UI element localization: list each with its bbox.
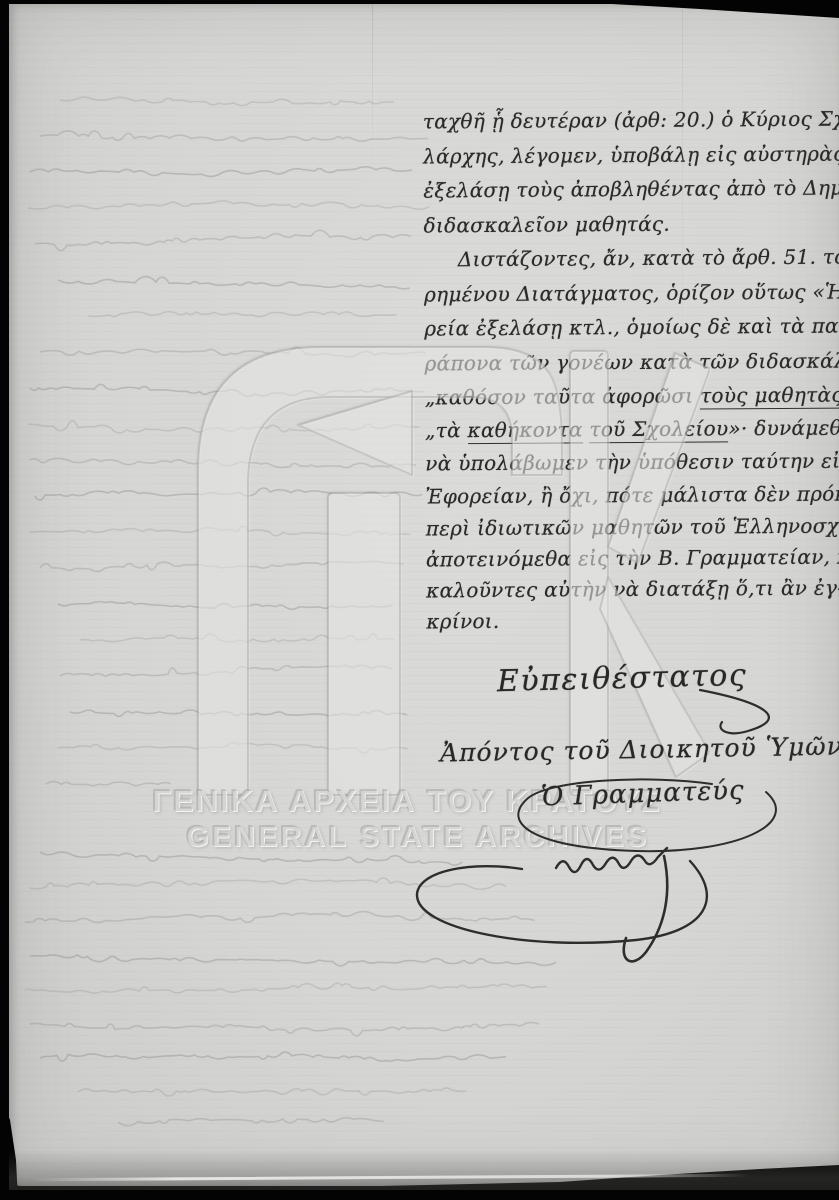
bottom-paper-shadow bbox=[9, 1150, 839, 1190]
scan-borders bbox=[0, 0, 839, 1200]
scanned-manuscript-page: ταχθῆ ᾗ δευτέραν (ἀρθ: 20.) ὁ Κύριος Σχο… bbox=[0, 0, 839, 1200]
